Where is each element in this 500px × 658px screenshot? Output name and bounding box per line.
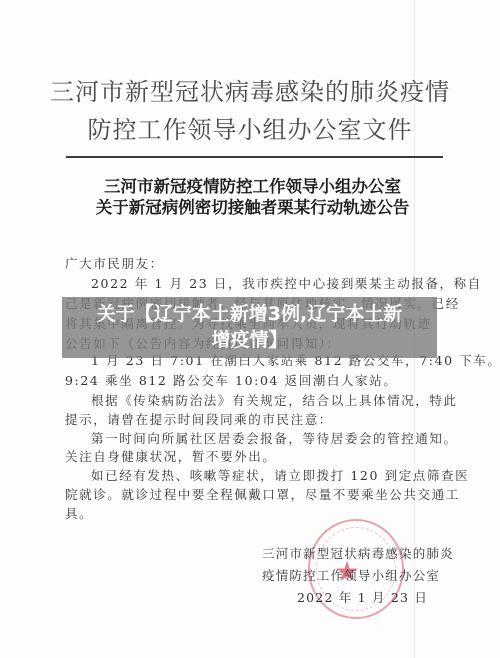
body-paragraph-line: 关注自身健康状况，暂不要外出。 [65,449,441,465]
body-paragraph-line: 提示，请曾在提示时间段同乘的市民注意： [65,412,441,428]
headline-overlay-text[interactable]: 关于【辽宁本土新增3例,辽宁本土新 [62,302,437,326]
body-paragraph-line: 具。 [65,506,441,522]
signature-org: 三河市新型冠状病毒感染的肺炎 [262,546,442,562]
body-paragraph-line: 根据《传染病防治法》有关规定，结合以上具体情况，特此 [91,393,467,409]
document-header-title: 三河市新型冠状病毒感染的肺炎疫情 [0,78,500,106]
header-divider [66,156,443,158]
body-paragraph-line: 第一时间向所属社区居委会报备，等待居委会的管控通知。 [91,431,467,447]
headline-overlay-text[interactable]: 增疫情】 [62,328,437,352]
body-paragraph-line: 如已经有发热、咳嗽等症状，请立即拨打 120 到定点筛查医 [91,468,467,484]
body-paragraph-line: 院就诊。就诊过程中要全程佩戴口罩，尽量不要乘坐公共交通工 [65,487,441,503]
body-paragraph-line: 2022 年 1 月 23 日，我市疾控中心接到栗某主动报备，称自 [91,276,467,292]
notice-title: 三河市新冠疫情防控工作领导小组办公室 [0,177,500,197]
signature-date: 2022 年 1 月 23 日 [297,590,477,606]
document-header-title: 防控工作领导小组办公室文件 [0,116,500,144]
salutation: 广大市民朋友： [65,256,441,272]
body-paragraph-line: 9:24 乘坐 812 路公交车 10:04 返回潮白人家站。 [65,373,441,389]
signature-org: 疫情防控工作领导小组办公室 [262,568,442,584]
notice-title: 关于新冠病例密切接触者栗某行动轨迹公告 [0,198,500,218]
